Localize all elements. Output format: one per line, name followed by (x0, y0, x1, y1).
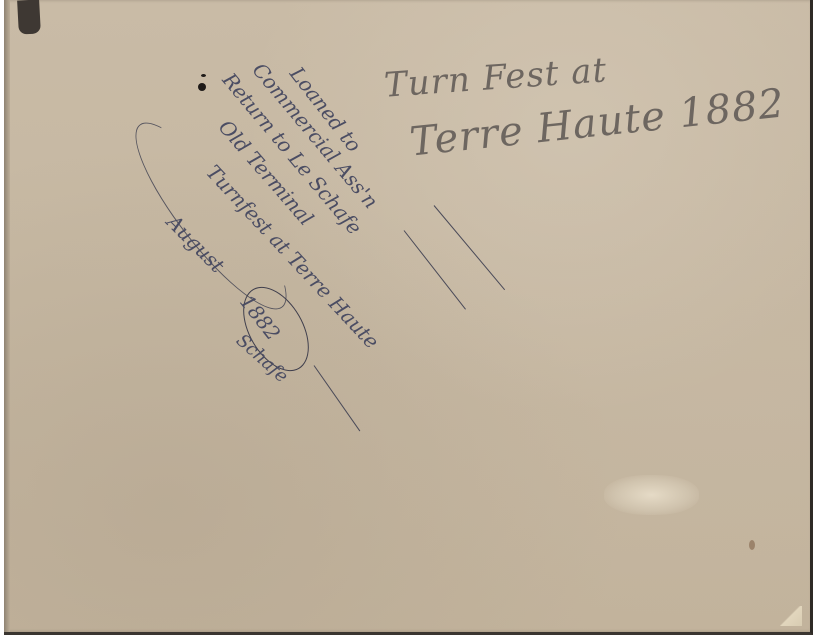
ink-stroke (314, 365, 361, 431)
ink-stroke (434, 205, 505, 290)
ink-dot (198, 83, 206, 91)
corner-wear (780, 606, 802, 626)
card-left-edge (4, 0, 10, 632)
scanned-card: Turn Fest at Terre Haute 1882 Loaned to … (0, 0, 818, 638)
card-back: Turn Fest at Terre Haute 1882 Loaned to … (4, 0, 813, 635)
ink-stroke (404, 230, 466, 309)
dark-tab-mark (17, 0, 41, 35)
small-stain (749, 540, 755, 550)
ink-speck (201, 74, 206, 77)
worn-paper-patch (604, 475, 699, 515)
pencil-inscription-line1: Turn Fest at (383, 50, 608, 105)
